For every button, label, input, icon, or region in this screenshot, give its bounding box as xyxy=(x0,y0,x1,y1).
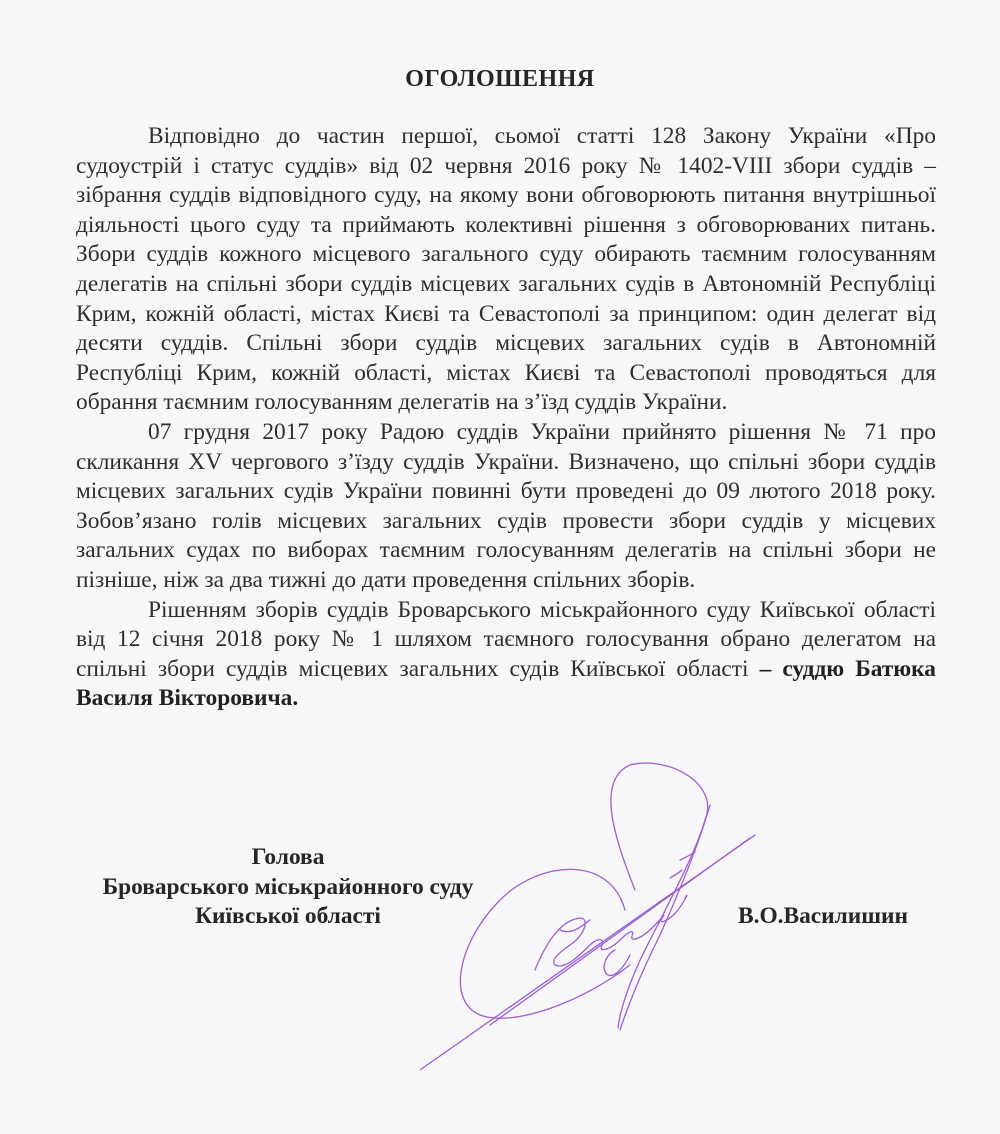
position-line-1: Голова xyxy=(78,843,498,873)
signatory-name: В.О.Василишин xyxy=(738,902,908,932)
document-title: ОГОЛОШЕННЯ xyxy=(0,66,1000,93)
position-line-2: Броварського міськрайонного суду xyxy=(78,873,498,903)
document-page: ОГОЛОШЕННЯ Відповідно до частин першої, … xyxy=(0,0,1000,1134)
signatory-position: Голова Броварського міськрайонного суду … xyxy=(78,843,498,932)
document-body: Відповідно до частин першої, сьомої стат… xyxy=(76,122,936,714)
paragraph-1: Відповідно до частин першої, сьомої стат… xyxy=(76,122,936,418)
position-line-3: Київської області xyxy=(78,902,498,932)
paragraph-2: 07 грудня 2017 року Радою суддів України… xyxy=(76,418,936,596)
handwritten-signature-icon xyxy=(420,760,780,1130)
paragraph-3: Рішенням зборів суддів Броварського місь… xyxy=(76,596,936,714)
